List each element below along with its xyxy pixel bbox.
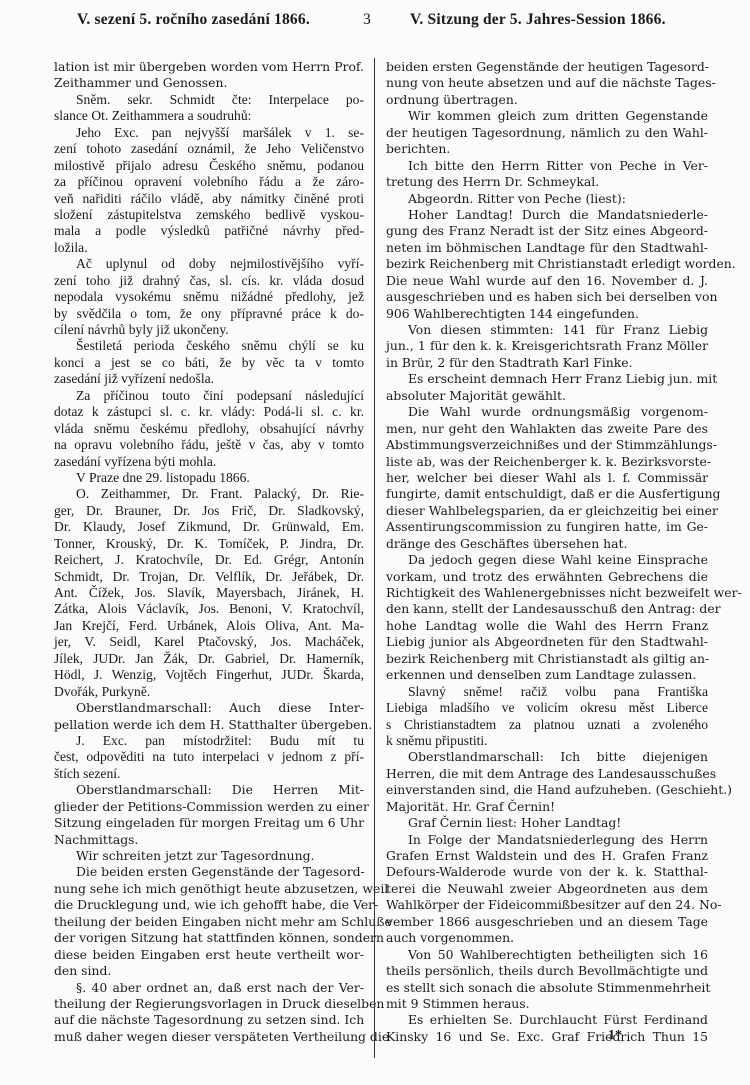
text-line: Slavný sněme! račiž volbu pana Františka bbox=[386, 684, 708, 700]
text-line: glieder der Petitions-Commission werden … bbox=[54, 799, 364, 815]
text-line: k sněmu připustiti. bbox=[386, 733, 708, 749]
left-column: lation ist mir übergeben worden vom Herr… bbox=[54, 59, 364, 1045]
text-line: auf die nächste Tagesordnung zu setzen s… bbox=[54, 1012, 364, 1028]
text-line: neten im böhmischen Landtage für den Sta… bbox=[386, 240, 708, 256]
text-line: ger, Dr. Brauner, Dr. Jos Frič, Dr. Slad… bbox=[54, 503, 364, 519]
text-line: V Praze dne 29. listopadu 1866. bbox=[54, 470, 364, 486]
text-line: Die beiden ersten Gegenstände der Tageso… bbox=[54, 864, 364, 880]
text-line: den kann, stellt der Landesausschuß den … bbox=[386, 601, 708, 617]
text-line: theilung der beiden Eingaben nicht mehr … bbox=[54, 914, 364, 930]
text-line: hohe Landtag wolle die Wahl des Herrn Fr… bbox=[386, 618, 708, 634]
text-line: tretung des Herrn Dr. Schmeykal. bbox=[386, 174, 708, 190]
text-line: Reichert, J. Kratochvíle, Dr. Ed. Grégr,… bbox=[54, 552, 364, 568]
text-line: Zeithammer und Genossen. bbox=[54, 75, 364, 91]
text-line: Jílek, JUDr. Jan Žák, Dr. Gabriel, Dr. H… bbox=[54, 651, 364, 667]
text-line: za příčinou opravení volebního řádu a že… bbox=[54, 174, 364, 190]
column-divider bbox=[374, 58, 375, 1058]
text-line: vember 1866 ausgeschrieben und an diesem… bbox=[386, 914, 708, 930]
text-line: muß daher wegen dieser verspäteten Verth… bbox=[54, 1029, 364, 1045]
text-line: fungirte, damit entschuldigt, daß er die… bbox=[386, 486, 708, 502]
text-line: nung von heute absetzen und auf die näch… bbox=[386, 75, 708, 91]
text-line: nung sehe ich mich genöthigt heute abzus… bbox=[54, 881, 364, 897]
text-line: Abgeordn. Ritter von Peche (liest): bbox=[386, 191, 708, 207]
text-line: Liebiga mladšího ve volicím okresu měst … bbox=[386, 700, 708, 716]
text-line: Grafen Ernst Waldstein und des H. Grafen… bbox=[386, 848, 708, 864]
text-line: Nachmittags. bbox=[54, 832, 364, 848]
text-line: Es erhielten Se. Durchlaucht Fürst Ferdi… bbox=[386, 1012, 708, 1028]
text-line: theilung der Regierungsvorlagen in Druck… bbox=[54, 996, 364, 1012]
text-line: der vorigen Sitzung hat stattfinden könn… bbox=[54, 930, 364, 946]
text-line: by svědčila o tom, že ony přípravné prác… bbox=[54, 306, 364, 322]
text-line: nepodala vysokému sněmu nižádné předlohy… bbox=[54, 289, 364, 305]
text-line: Oberstlandmarschall: Auch diese Inter- bbox=[54, 700, 364, 716]
text-line: auch vorgenommen. bbox=[386, 930, 708, 946]
text-line: O. Zeithammer, Dr. Frant. Palacký, Dr. R… bbox=[54, 486, 364, 502]
text-line: J. Exc. pan místodržitel: Budu mít tu bbox=[54, 733, 364, 749]
text-line: In Folge der Mandatsniederlegung des Her… bbox=[386, 832, 708, 848]
text-line: vláda sněmu českému předlohy, obsahující… bbox=[54, 421, 364, 437]
text-line: pellation werde ich dem H. Statthalter ü… bbox=[54, 717, 364, 733]
text-line: zasedání již vyřízení nedošla. bbox=[54, 371, 364, 387]
text-line: terei die Neuwahl zweier Abgeordneten au… bbox=[386, 881, 708, 897]
header-czech-title: V. sezení 5. ročního zasedání 1866. bbox=[77, 11, 310, 29]
text-line: zasedání vyřízena býti mohla. bbox=[54, 454, 364, 470]
text-line: diese beiden Eingaben erst heute verthei… bbox=[54, 947, 364, 963]
text-line: erkennen und denselben zum Landtage zula… bbox=[386, 667, 708, 683]
text-line: Abstimmungsverzeichnißes und der Stimmzä… bbox=[386, 437, 708, 453]
text-line: lation ist mir übergeben worden vom Herr… bbox=[54, 59, 364, 75]
page-header: V. sezení 5. ročního zasedání 1866. 3 V.… bbox=[0, 11, 750, 31]
document-page: V. sezení 5. ročního zasedání 1866. 3 V.… bbox=[0, 0, 750, 1085]
text-line: Tonner, Krouský, Dr. K. Tomíček, P. Jind… bbox=[54, 536, 364, 552]
text-line: veň nařiditi ráčilo vládě, aby námitky č… bbox=[54, 191, 364, 207]
right-column: beiden ersten Gegenstände der heutigen T… bbox=[386, 59, 708, 1045]
text-line: es stellt sich sonach die absolute Stimm… bbox=[386, 980, 708, 996]
text-line: milostivě přijalo adresu Českého sněmu, … bbox=[54, 158, 364, 174]
signature-mark: 1* bbox=[608, 1028, 622, 1044]
text-line: dränge des Geschäftes übersehen hat. bbox=[386, 536, 708, 552]
text-line: in Brür, 2 für den Stadtrath Karl Finke. bbox=[386, 355, 708, 371]
text-line: Wir schreiten jetzt zur Tagesordnung. bbox=[54, 848, 364, 864]
text-line: jun., 1 für den k. k. Kreisgerichtsrath … bbox=[386, 338, 708, 354]
text-line: theils persönlich, theils durch Bevollmä… bbox=[386, 963, 708, 979]
text-line: dieser Wahlbelegsparien, da er gleichzei… bbox=[386, 503, 708, 519]
text-line: čest, odpověditi na tuto interpelaci v j… bbox=[54, 749, 364, 765]
text-line: bezirk Reichenberg mit Christianstadt al… bbox=[386, 651, 708, 667]
text-line: Ant. Čížek, Jos. Slavík, Mayersbach, Jir… bbox=[54, 585, 364, 601]
text-line: Schmidt, Dr. Trojan, Dr. Velflík, Dr. Je… bbox=[54, 569, 364, 585]
text-line: her, welcher bei dieser Wahl als l. f. C… bbox=[386, 470, 708, 486]
text-line: liste ab, was der Reichenberger k. k. Be… bbox=[386, 454, 708, 470]
text-line: dotaz k zástupci sl. c. kr. vlády: Podá-… bbox=[54, 404, 364, 420]
text-line: vorkam, und trotz des erwähnten Gebreche… bbox=[386, 569, 708, 585]
text-line: die Drucklegung und, wie ich gehofft hab… bbox=[54, 897, 364, 913]
text-line: konci a jest se co báti, že by věc ta v … bbox=[54, 355, 364, 371]
text-line: Richtigkeit des Wahlenergebnisses nicht … bbox=[386, 585, 708, 601]
text-line: Die Wahl wurde ordnungsmäßig vorgenom- bbox=[386, 404, 708, 420]
text-line: Ich bitte den Herrn Ritter von Peche in … bbox=[386, 158, 708, 174]
text-line: Assentirungscommission zu fungiren hatte… bbox=[386, 519, 708, 535]
text-line: s Christianstadtem za platnou uznati a z… bbox=[386, 717, 708, 733]
text-line: Dvořák, Purkyně. bbox=[54, 684, 364, 700]
text-line: mala a podle výsledků patřičné návrhy př… bbox=[54, 223, 364, 239]
text-line: §. 40 aber ordnet an, daß erst nach der … bbox=[54, 980, 364, 996]
text-line: ordnung übertragen. bbox=[386, 92, 708, 108]
text-line: Herren, die mit dem Antrage des Landesau… bbox=[386, 766, 708, 782]
text-line: Liebig junior als Abgeordneten für den S… bbox=[386, 634, 708, 650]
text-line: ložila. bbox=[54, 240, 364, 256]
text-line: bezirk Reichenberg mit Christianstadt er… bbox=[386, 256, 708, 272]
text-line: cílení návrhů byly již ukončeny. bbox=[54, 322, 364, 338]
text-line: Von 50 Wahlberechtigten betheiligten sic… bbox=[386, 947, 708, 963]
text-line: složení zástupitelstva zemského bedlivě … bbox=[54, 207, 364, 223]
text-line: Die neue Wahl wurde auf den 16. November… bbox=[386, 273, 708, 289]
text-line: Šestiletá perioda českého sněmu chýlí se… bbox=[54, 338, 364, 354]
text-line: Es erscheint demnach Herr Franz Liebig j… bbox=[386, 371, 708, 387]
text-line: Ač uplynul od doby nejmilostivějšího vyř… bbox=[54, 256, 364, 272]
text-line: Hoher Landtag! Durch die Mandatsniederle… bbox=[386, 207, 708, 223]
text-line: Hödl, J. Wenzig, Vojtěch Fingerhut, JUDr… bbox=[54, 667, 364, 683]
text-line: zení toho již drahný čas, sl. cís. kr. v… bbox=[54, 273, 364, 289]
text-line: na opravu volebního řádu, ještě v čas, a… bbox=[54, 437, 364, 453]
text-line: berichten. bbox=[386, 141, 708, 157]
text-line: zení tohoto zasedání oznámil, že Jeho Ve… bbox=[54, 141, 364, 157]
text-line: Sněm. sekr. Schmidt čte: Interpelace po- bbox=[54, 92, 364, 108]
text-line: Graf Černin liest: Hoher Landtag! bbox=[386, 815, 708, 831]
text-line: Sitzung eingeladen für morgen Freitag um… bbox=[54, 815, 364, 831]
text-line: einverstanden sind, die Hand aufzuheben.… bbox=[386, 782, 708, 798]
text-line: der heutigen Tagesordnung, nämlich zu de… bbox=[386, 125, 708, 141]
text-line: Zátka, Alois Václavík, Jos. Benoni, V. K… bbox=[54, 601, 364, 617]
text-line: Majorität. Hr. Graf Černin! bbox=[386, 799, 708, 815]
text-line: Wahlkörper der Fideicommißbesitzer auf d… bbox=[386, 897, 708, 913]
text-line: Da jedoch gegen diese Wahl keine Einspra… bbox=[386, 552, 708, 568]
text-line: Oberstlandmarschall: Die Herren Mit- bbox=[54, 782, 364, 798]
text-line: Jan Krejčí, Ferd. Urbánek, Alois Oliva, … bbox=[54, 618, 364, 634]
text-line: men, nur geht den Wahlakten das zweite P… bbox=[386, 421, 708, 437]
text-line: 906 Wahlberechtigten 144 eingefunden. bbox=[386, 306, 708, 322]
text-line: gung des Franz Neradt ist der Sitz eines… bbox=[386, 223, 708, 239]
text-line: Kinsky 16 und Se. Exc. Graf Friedrich Th… bbox=[386, 1029, 708, 1045]
text-line: jer, V. Seidl, Karel Ptačovský, Jos. Mac… bbox=[54, 634, 364, 650]
text-line: den sind. bbox=[54, 963, 364, 979]
text-line: ausgeschrieben und es haben sich bei der… bbox=[386, 289, 708, 305]
text-line: Dr. Klaudy, Josef Zikmund, Dr. Grünwald,… bbox=[54, 519, 364, 535]
text-line: štích sezení. bbox=[54, 766, 364, 782]
text-line: Jeho Exc. pan nejvyšší maršálek v 1. se- bbox=[54, 125, 364, 141]
text-line: slance Ot. Zeithammera a soudruhů: bbox=[54, 108, 364, 124]
page-number: 3 bbox=[363, 11, 371, 29]
text-line: Defours-Walderode wurde von der k. k. St… bbox=[386, 864, 708, 880]
text-line: beiden ersten Gegenstände der heutigen T… bbox=[386, 59, 708, 75]
text-line: Oberstlandmarschall: Ich bitte diejenige… bbox=[386, 749, 708, 765]
text-line: Za příčinou touto činí podepsaní následu… bbox=[54, 388, 364, 404]
text-line: absoluter Majorität gewählt. bbox=[386, 388, 708, 404]
text-line: Von diesen stimmten: 141 für Franz Liebi… bbox=[386, 322, 708, 338]
header-german-title: V. Sitzung der 5. Jahres-Session 1866. bbox=[410, 11, 666, 29]
text-line: mit 9 Stimmen heraus. bbox=[386, 996, 708, 1012]
text-line: Wir kommen gleich zum dritten Gegenstand… bbox=[386, 108, 708, 124]
